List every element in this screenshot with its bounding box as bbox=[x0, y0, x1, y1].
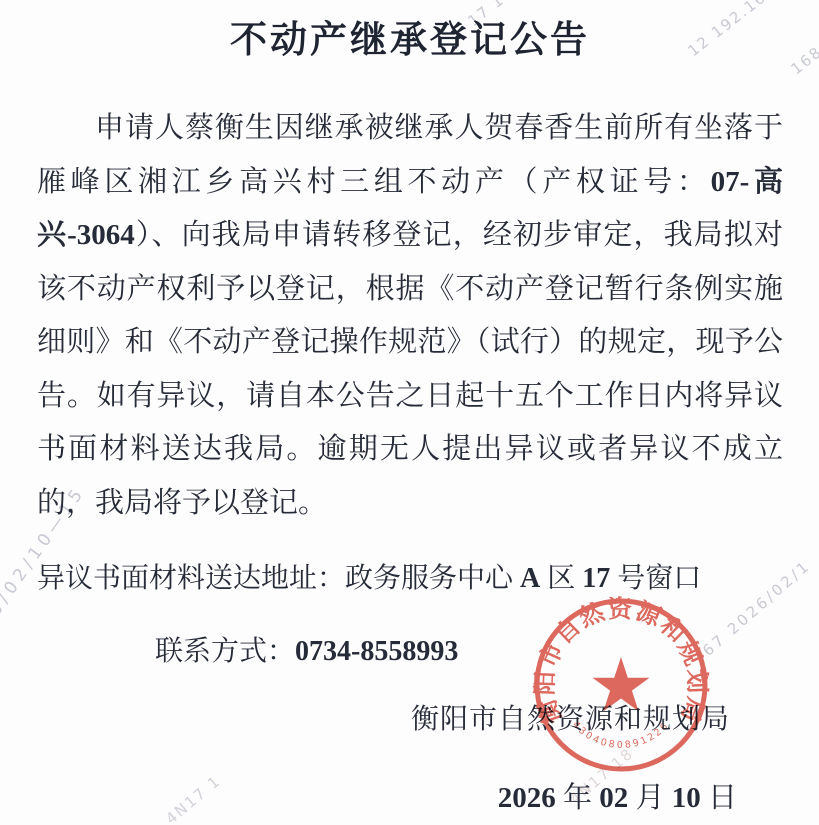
document-page: 不动产继承登记公告 申请人蔡衡生因继承被继承人贺春香生前所有坐落于雁峰区湘江乡高… bbox=[0, 0, 819, 825]
issuing-agency: 衡阳市自然资源和规划局 bbox=[37, 700, 783, 740]
contact-line: 联系方式：0734-8558993 bbox=[37, 632, 783, 672]
objection-address-line: 异议书面材料送达地址：政务服务中心 A 区 17 号窗口 bbox=[37, 559, 783, 599]
page-title: 不动产继承登记公告 bbox=[37, 16, 783, 66]
issue-date: 2026 年 02 月 10 日 bbox=[37, 778, 783, 818]
announcement-paragraph: 申请人蔡衡生因继承被继承人贺春香生前所有坐落于雁峰区湘江乡高兴村三组不动产（产权… bbox=[37, 102, 783, 530]
